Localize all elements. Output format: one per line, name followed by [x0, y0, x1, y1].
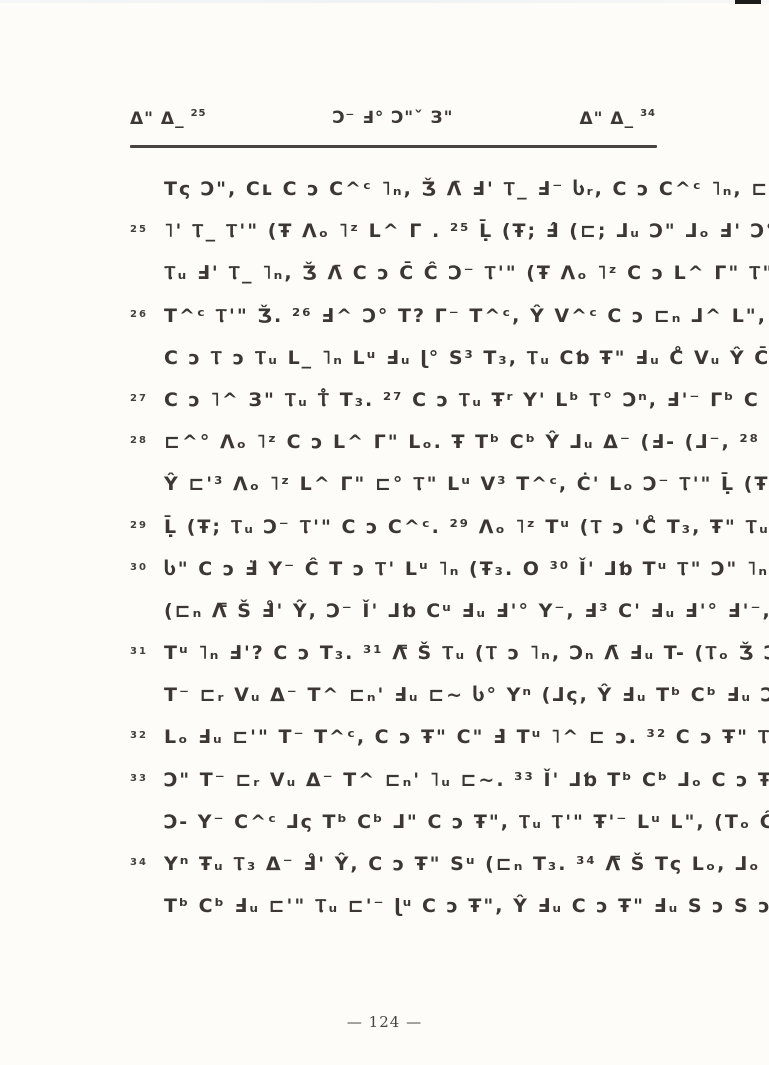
verse-number: 26	[130, 295, 148, 335]
line-text: Ŷ ⊏'³ Λₒ ˥ᶻ L^ Γ" ⊏° Ⲧ" Lᵘ V³ T^ᶜ, Ċ' Lₒ…	[164, 463, 769, 505]
line-text: Ⴑ" C ͻ Ⅎ̈ Y⁻ Ĉ T ͻ Ⲧ' Lᵘ ˥ₙ (Ŧ₃. O ³⁰ Ǐ'…	[164, 548, 769, 590]
line-text: ⊏^° Λₒ ˥ᶻ C ͻ L^ Γ" Lₒ. Ŧ Tᵇ Cᵇ Ŷ ⅃ᵤ Δ⁻ …	[164, 421, 769, 463]
line-text: Ⲧᵤ Ⅎ' Ⲧ_ ˥ₙ, Ǯ Λ̄ C ͻ C̄ Ĉ Ͻ⁻ Ⲧ'" (Ŧ Λₒ …	[164, 252, 769, 294]
text-line: 31Tᵘ ˥ₙ Ⅎ'? C ͻ T₃. ³¹ Λ̿ Š Ⲧᵤ (Ⲧ ͻ ˥ₙ, …	[130, 632, 670, 674]
running-header: Δ" Δ_25 Ͻ⁻ Ⅎ° Ͻ"ˇ З" Δ" Δ_34	[130, 108, 656, 136]
line-text: ˥' Ⲧ_ Ⲧ'" (Ŧ Λₒ ˥ᶻ L^ Γ . ²⁵ Ḹ (Ŧ; Ⅎ̂ (⊏…	[164, 210, 769, 252]
text-line: 29Ḹ (Ŧ; Ⲧᵤ Ͻ⁻ Ⲧ'" C ͻ C^ᶜ. ²⁹ Λₒ ˥ᶻ Tᵘ (…	[130, 506, 670, 548]
verse-number: 30	[130, 548, 148, 588]
line-text: Ͻ- Y⁻ C^ᶜ ⅃ς Tᵇ Cᵇ ⅃" C ͻ Ŧ", Ⲧᵤ Ⲧ'" Ŧ'⁻…	[164, 801, 769, 843]
header-title: Ͻ⁻ Ⅎ° Ͻ"ˇ З"	[130, 108, 656, 128]
text-line: T⁻ ⊏ᵣ Vᵤ Δ⁻ T^ ⊏ₙ' Ⅎᵤ ⊏~ Ⴑ° Yⁿ (⅃ς, Ŷ Ⅎᵤ…	[130, 674, 670, 716]
text-line: 33Ͻ" T⁻ ⊏ᵣ Vᵤ Δ⁻ T^ ⊏ₙ' ˥ᵤ ⊏~. ³³ Ǐ' ⅃ƅ …	[130, 759, 670, 801]
verse-number: 29	[130, 506, 148, 546]
text-line: 25˥' Ⲧ_ Ⲧ'" (Ŧ Λₒ ˥ᶻ L^ Γ . ²⁵ Ḹ (Ŧ; Ⅎ̂ …	[130, 210, 670, 252]
line-text: Tς Ͻ", Cʟ C ͻ C^ᶜ ˥ₙ, Ǯ Λ̄ Ⅎ' Ⲧ_ Ⅎ⁻ Ⴑᵣ, …	[164, 168, 769, 210]
line-text: C ͻ Ⲧ ͻ Ⲧᵤ L_ ˥ₙ Lᵘ Ⅎᵤ ɭ° S³ T₃, Ⲧᵤ Cƅ Ŧ…	[164, 337, 769, 379]
text-line: 27C ͻ ˥^ З" Ⲧᵤ Ⲧ̊ T₃. ²⁷ C ͻ Ⲧᵤ Ŧʳ Y' Lᵇ…	[130, 379, 670, 421]
verse-number: 34	[130, 843, 148, 883]
text-line: Tᵇ Cᵇ Ⅎᵤ ⊏'" Ⲧᵤ ⊏'⁻ ɭᵘ C ͻ Ŧ", Ŷ Ⅎᵤ C ͻ …	[130, 885, 670, 927]
line-text: Lₒ Ⅎᵤ ⊏'" T⁻ T^ᶜ, C ͻ Ŧ" C" Ⅎ̇ Tᵘ ˥^ ⊏ ͻ…	[164, 716, 769, 758]
line-text: Ͻ" T⁻ ⊏ᵣ Vᵤ Δ⁻ T^ ⊏ₙ' ˥ᵤ ⊏~. ³³ Ǐ' ⅃ƅ Tᵇ…	[164, 759, 769, 801]
line-text: T^ᶜ Ⲧ'" Ǯ. ²⁶ Ⅎ^ Ͻ° T? Γ⁻ T^ᶜ, Ŷ V^ᶜ C ͻ…	[164, 295, 769, 337]
text-line: Ͻ- Y⁻ C^ᶜ ⅃ς Tᵇ Cᵇ ⅃" C ͻ Ŧ", Ⲧᵤ Ⲧ'" Ŧ'⁻…	[130, 801, 670, 843]
header-rule	[130, 145, 657, 148]
text-line: Ŷ ⊏'³ Λₒ ˥ᶻ L^ Γ" ⊏° Ⲧ" Lᵘ V³ T^ᶜ, Ċ' Lₒ…	[130, 463, 670, 505]
line-text: Tᵇ Cᵇ Ⅎᵤ ⊏'" Ⲧᵤ ⊏'⁻ ɭᵘ C ͻ Ŧ", Ŷ Ⅎᵤ C ͻ …	[164, 885, 769, 927]
verse-number: 28	[130, 421, 148, 461]
text-line: Ⲧᵤ Ⅎ' Ⲧ_ ˥ₙ, Ǯ Λ̄ C ͻ C̄ Ĉ Ͻ⁻ Ⲧ'" (Ŧ Λₒ …	[130, 252, 670, 294]
verse-number: 25	[130, 210, 148, 250]
page-number: — 124 —	[0, 1013, 769, 1031]
scan-edge	[0, 0, 769, 3]
verse-number: 27	[130, 379, 148, 419]
text-line: (⊏ₙ Λ̿ Š Ⅎ̊' Ŷ, Ͻ⁻ Ǐ' ⅃ƅ Cᵘ Ⅎᵤ Ⅎ'° Y⁻, Ⅎ…	[130, 590, 670, 632]
text-line: Tς Ͻ", Cʟ C ͻ C^ᶜ ˥ₙ, Ǯ Λ̄ Ⅎ' Ⲧ_ Ⅎ⁻ Ⴑᵣ, …	[130, 168, 670, 210]
text-line: 28⊏^° Λₒ ˥ᶻ C ͻ L^ Γ" Lₒ. Ŧ Tᵇ Cᵇ Ŷ ⅃ᵤ Δ…	[130, 421, 670, 463]
text-line: 32Lₒ Ⅎᵤ ⊏'" T⁻ T^ᶜ, C ͻ Ŧ" C" Ⅎ̇ Tᵘ ˥^ ⊏…	[130, 716, 670, 758]
line-text: Tᵘ ˥ₙ Ⅎ'? C ͻ T₃. ³¹ Λ̿ Š Ⲧᵤ (Ⲧ ͻ ˥ₙ, Ͻₙ…	[164, 632, 769, 674]
text-line: 34Yⁿ Ŧᵤ Ⲧ₃ Δ⁻ Ⅎ̊' Ŷ, C ͻ Ŧ" Sᵘ (⊏ₙ T₃. ³…	[130, 843, 670, 885]
line-text: Ḹ (Ŧ; Ⲧᵤ Ͻ⁻ Ⲧ'" C ͻ C^ᶜ. ²⁹ Λₒ ˥ᶻ Tᵘ (Ⲧ …	[164, 506, 769, 548]
scan-corner-mark	[735, 0, 761, 4]
verse-number: 31	[130, 632, 148, 672]
text-line: 30Ⴑ" C ͻ Ⅎ̈ Y⁻ Ĉ T ͻ Ⲧ' Lᵘ ˥ₙ (Ŧ₃. O ³⁰ …	[130, 548, 670, 590]
header-right-reference: Δ" Δ_34	[579, 108, 656, 129]
line-text: Yⁿ Ŧᵤ Ⲧ₃ Δ⁻ Ⅎ̊' Ŷ, C ͻ Ŧ" Sᵘ (⊏ₙ T₃. ³⁴ …	[164, 843, 760, 885]
line-text: (⊏ₙ Λ̿ Š Ⅎ̊' Ŷ, Ͻ⁻ Ǐ' ⅃ƅ Cᵘ Ⅎᵤ Ⅎ'° Y⁻, Ⅎ…	[164, 590, 769, 632]
line-text: C ͻ ˥^ З" Ⲧᵤ Ⲧ̊ T₃. ²⁷ C ͻ Ⲧᵤ Ŧʳ Y' Lᵇ Ⲧ…	[164, 379, 769, 421]
page-body: Tς Ͻ", Cʟ C ͻ C^ᶜ ˥ₙ, Ǯ Λ̄ Ⅎ' Ⲧ_ Ⅎ⁻ Ⴑᵣ, …	[130, 168, 670, 927]
text-line: 26T^ᶜ Ⲧ'" Ǯ. ²⁶ Ⅎ^ Ͻ° T? Γ⁻ T^ᶜ, Ŷ V^ᶜ C…	[130, 295, 670, 337]
verse-number: 32	[130, 716, 148, 756]
verse-number: 33	[130, 759, 148, 799]
line-text: T⁻ ⊏ᵣ Vᵤ Δ⁻ T^ ⊏ₙ' Ⅎᵤ ⊏~ Ⴑ° Yⁿ (⅃ς, Ŷ Ⅎᵤ…	[164, 674, 769, 716]
text-line: C ͻ Ⲧ ͻ Ⲧᵤ L_ ˥ₙ Lᵘ Ⅎᵤ ɭ° S³ T₃, Ⲧᵤ Cƅ Ŧ…	[130, 337, 670, 379]
